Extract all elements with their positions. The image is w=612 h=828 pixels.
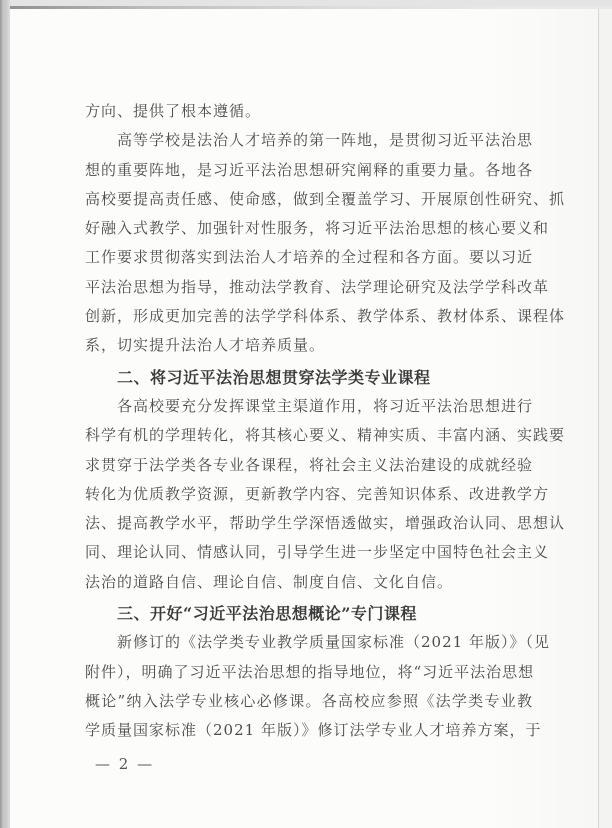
text-line: 创新，形成更加完善的法学学科体系、教学体系、教材体系、课程体 <box>85 302 533 331</box>
text-line: 学质量国家标准（2021 年版）》修订法学专业人才培养方案，于 <box>85 716 533 745</box>
document-body: 方向、提供了根本遵循。 高等学校是法治人才培养的第一阵地，是贯彻习近平法治思 想… <box>85 97 533 779</box>
scan-edge-left <box>0 0 10 828</box>
section-heading-2: 二、将习近平法治思想贯穿法学类专业课程 <box>85 363 533 392</box>
text-line: 法治的道路自信、理论自信、制度自信、文化自信。 <box>85 568 533 597</box>
text-line: 概论”纳入法学专业核心必修课。各高校应参照《法学类专业教 <box>85 687 533 716</box>
text-line: 转化为优质教学资源，更新教学内容、完善知识体系、改进教学方 <box>85 480 533 509</box>
text-line: 好融入式教学、加强针对性服务，将习近平法治思想的核心要义和 <box>85 214 533 243</box>
text-line: 高校要提高责任感、使命感，做到全覆盖学习、开展原创性研究、抓 <box>85 185 533 214</box>
text-line: 高等学校是法治人才培养的第一阵地，是贯彻习近平法治思 <box>85 126 533 155</box>
page-number: — 2 — <box>85 750 533 779</box>
text-line: 方向、提供了根本遵循。 <box>85 97 533 126</box>
text-line: 工作要求贯彻落实到法治人才培养的全过程和各方面。要以习近 <box>85 243 533 272</box>
text-line: 想的重要阵地，是习近平法治思想研究阐释的重要力量。各地各 <box>85 156 533 185</box>
text-line: 求贯穿于法学类各专业各课程，将社会主义法治建设的成就经验 <box>85 451 533 480</box>
text-line: 各高校要充分发挥课堂主渠道作用，将习近平法治思想进行 <box>85 392 533 421</box>
text-line: 科学有机的学理转化，将其核心要义、精神实质、丰富内涵、实践要 <box>85 421 533 450</box>
text-line: 新修订的《法学类专业教学质量国家标准（2021 年版）》（见 <box>85 628 533 657</box>
scanned-document-page: { "style": { "paper_color": "#fcfcfb", "… <box>0 0 612 828</box>
text-line: 平法治思想为指导，推动法学教育、法学理论研究及法学学科改革 <box>85 273 533 302</box>
scan-edge-right <box>598 9 612 828</box>
section-heading-3: 三、开好“习近平法治思想概论”专门课程 <box>85 599 533 628</box>
text-line: 法、提高教学水平，帮助学生学深悟透做实，增强政治认同、思想认 <box>85 509 533 538</box>
text-line: 同、理论认同、情感认同，引导学生进一步坚定中国特色社会主义 <box>85 538 533 567</box>
scan-edge-top-shadow <box>0 6 612 9</box>
text-line: 附件），明确了习近平法治思想的指导地位，将“习近平法治思想 <box>85 658 533 687</box>
text-line: 系，切实提升法治人才培养质量。 <box>85 331 533 360</box>
